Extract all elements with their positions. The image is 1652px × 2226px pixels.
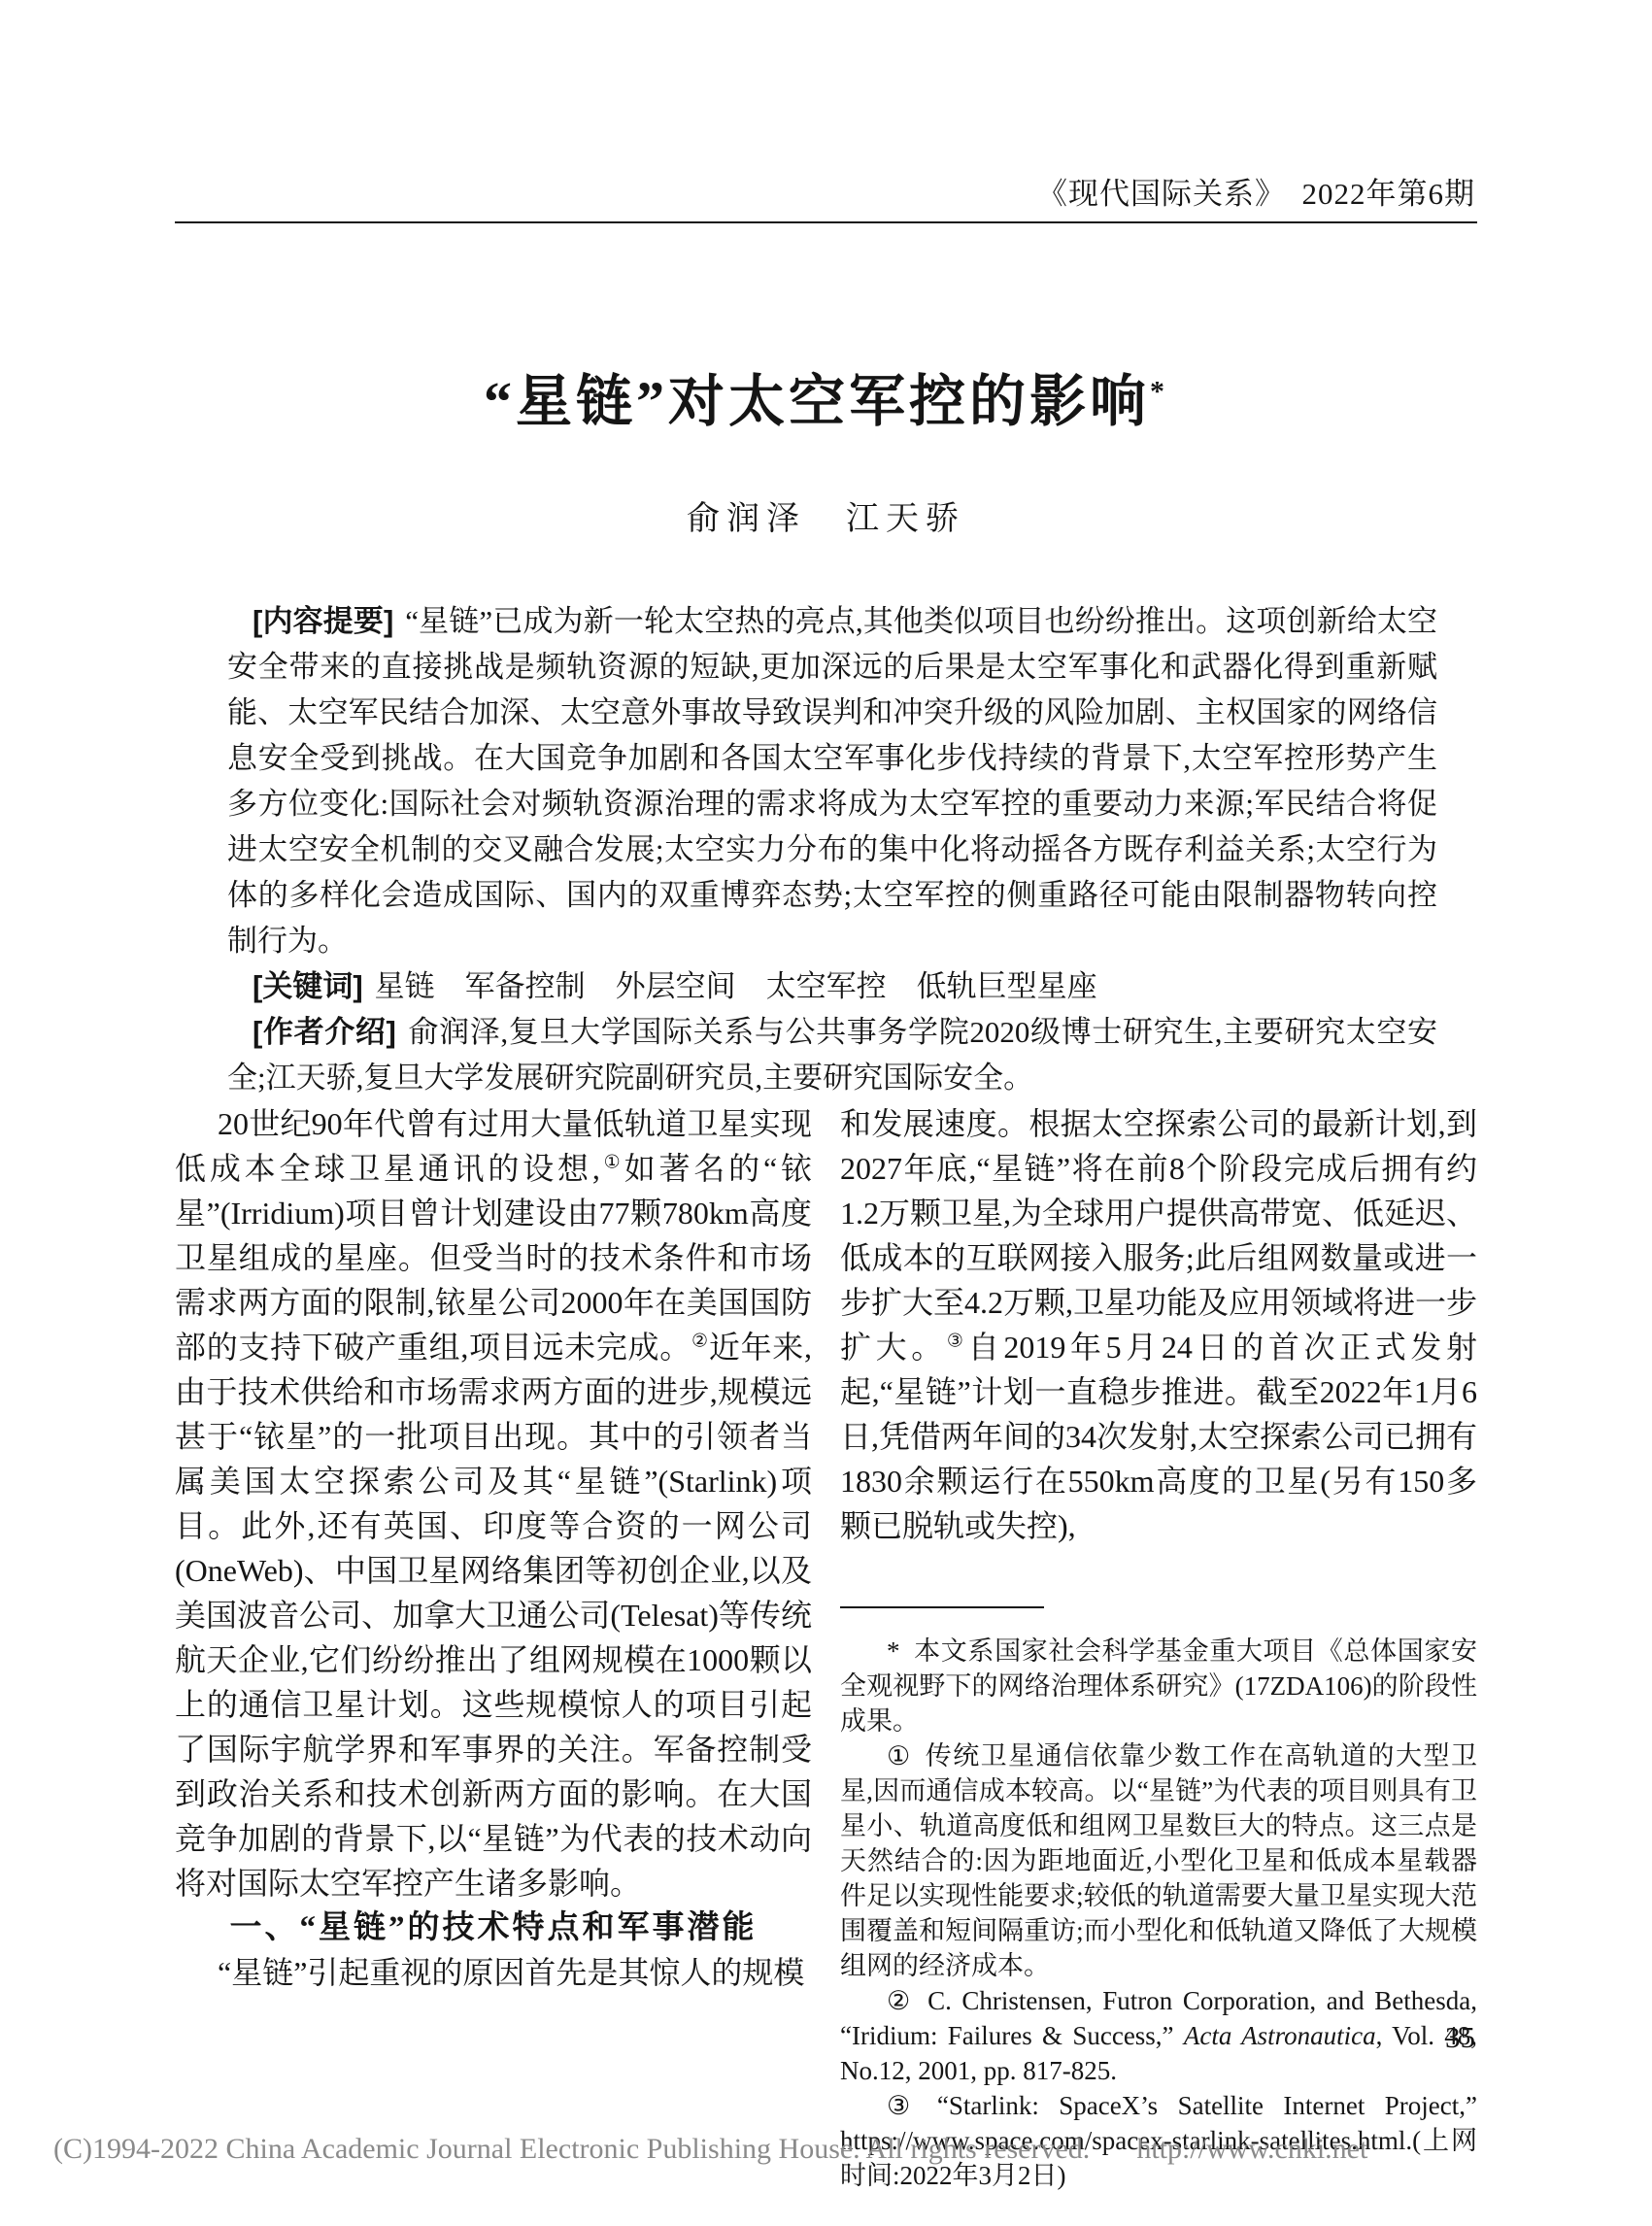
- footnote-1: ①传统卫星通信依靠少数工作在高轨道的大型卫星,因而通信成本较高。以“星链”为代表…: [840, 1738, 1477, 1983]
- footnote-ref-2: ②: [691, 1331, 709, 1351]
- keywords-line: [关键词]星链 军备控制 外层空间 太空军控 低轨巨型星座: [227, 963, 1437, 1009]
- footnote-ref-3: ③: [947, 1331, 968, 1351]
- footnote-2: ②C. Christensen, Futron Corporation, and…: [840, 1983, 1477, 2088]
- footnote-3-marker: ③: [887, 2091, 924, 2120]
- section-1-heading: 一、“星链”的技术特点和军事潜能: [175, 1906, 812, 1950]
- footer-url: http://www.cnki.net: [1136, 2133, 1367, 2165]
- body-columns: 20世纪90年代曾有过用大量低轨道卫星实现低成本全球卫星通讯的设想,①如著名的“…: [175, 1101, 1477, 2193]
- abstract-paragraph: [内容提要]“星链”已成为新一轮太空热的亮点,其他类似项目也纷纷推出。这项创新给…: [227, 598, 1437, 963]
- article-title: “星链”对太空军控的影响*: [0, 355, 1652, 437]
- body-paragraph-continuation: 和发展速度。根据太空探索公司的最新计划,到2027年底,“星链”将在前8个阶段完…: [840, 1101, 1477, 1548]
- footnote-2-marker: ②: [887, 1986, 914, 2015]
- copyright-footer: (C)1994-2022 China Academic Journal Elec…: [53, 2133, 1367, 2166]
- footnote-ref-1: ①: [600, 1152, 624, 1172]
- authors: 俞润泽 江天骄: [0, 491, 1652, 539]
- paragraph-text: 近年来,由于技术供给和市场需求两方面的进步,规模远甚于“铱星”的一批项目出现。其…: [175, 1330, 812, 1901]
- footnote-separator: [840, 1606, 1044, 1608]
- author-intro-text: 俞润泽,复旦大学国际关系与公共事务学院2020级博士研究生,主要研究太空安全;江…: [227, 1015, 1437, 1095]
- author-intro-label: [作者介绍]: [253, 1015, 396, 1049]
- author-intro-line: [作者介绍]俞润泽,复旦大学国际关系与公共事务学院2020级博士研究生,主要研究…: [227, 1009, 1437, 1100]
- article-title-text: “星链”对太空军控的影响: [484, 370, 1150, 433]
- page-number: 35: [1445, 2020, 1475, 2055]
- copyright-text: (C)1994-2022 China Academic Journal Elec…: [53, 2133, 1090, 2165]
- footnote-2-journal-name: Acta Astronautica: [1184, 2021, 1376, 2050]
- journal-issue-header: 《现代国际关系》 2022年第6期: [1037, 169, 1475, 213]
- body-paragraph-2: “星链”引起重视的原因首先是其惊人的规模: [175, 1950, 812, 1995]
- abstract-label: [内容提要]: [253, 604, 393, 638]
- footnote-1-marker: ①: [887, 1741, 912, 1771]
- paragraph-text: 和发展速度。根据太空探索公司的最新计划,到2027年底,“星链”将在前8个阶段完…: [840, 1106, 1477, 1365]
- keywords-label: [关键词]: [253, 969, 363, 1003]
- left-column: 20世纪90年代曾有过用大量低轨道卫星实现低成本全球卫星通讯的设想,①如著名的“…: [175, 1101, 812, 2193]
- footnote-star: *本文系国家社会科学基金重大项目《总体国家安全观视野下的网络治理体系研究》(17…: [840, 1634, 1477, 1738]
- page: 《现代国际关系》 2022年第6期 “星链”对太空军控的影响* 俞润泽 江天骄 …: [0, 0, 1652, 2226]
- footnote-1-text: 传统卫星通信依靠少数工作在高轨道的大型卫星,因而通信成本较高。以“星链”为代表的…: [840, 1741, 1477, 1980]
- footnotes: *本文系国家社会科学基金重大项目《总体国家安全观视野下的网络治理体系研究》(17…: [840, 1634, 1477, 2193]
- abstract-text: “星链”已成为新一轮太空热的亮点,其他类似项目也纷纷推出。这项创新给太空安全带来…: [227, 604, 1437, 958]
- right-column: 和发展速度。根据太空探索公司的最新计划,到2027年底,“星链”将在前8个阶段完…: [840, 1101, 1477, 2193]
- keywords-text: 星链 军备控制 外层空间 太空军控 低轨巨型星座: [375, 969, 1097, 1003]
- header-divider: [175, 221, 1477, 223]
- footnote-star-marker: *: [887, 1636, 900, 1666]
- front-matter: [内容提要]“星链”已成为新一轮太空热的亮点,其他类似项目也纷纷推出。这项创新给…: [227, 598, 1437, 1100]
- title-footnote-marker: *: [1150, 376, 1168, 408]
- footnote-star-text: 本文系国家社会科学基金重大项目《总体国家安全观视野下的网络治理体系研究》(17Z…: [840, 1636, 1477, 1736]
- body-paragraph-1: 20世纪90年代曾有过用大量低轨道卫星实现低成本全球卫星通讯的设想,①如著名的“…: [175, 1101, 812, 1906]
